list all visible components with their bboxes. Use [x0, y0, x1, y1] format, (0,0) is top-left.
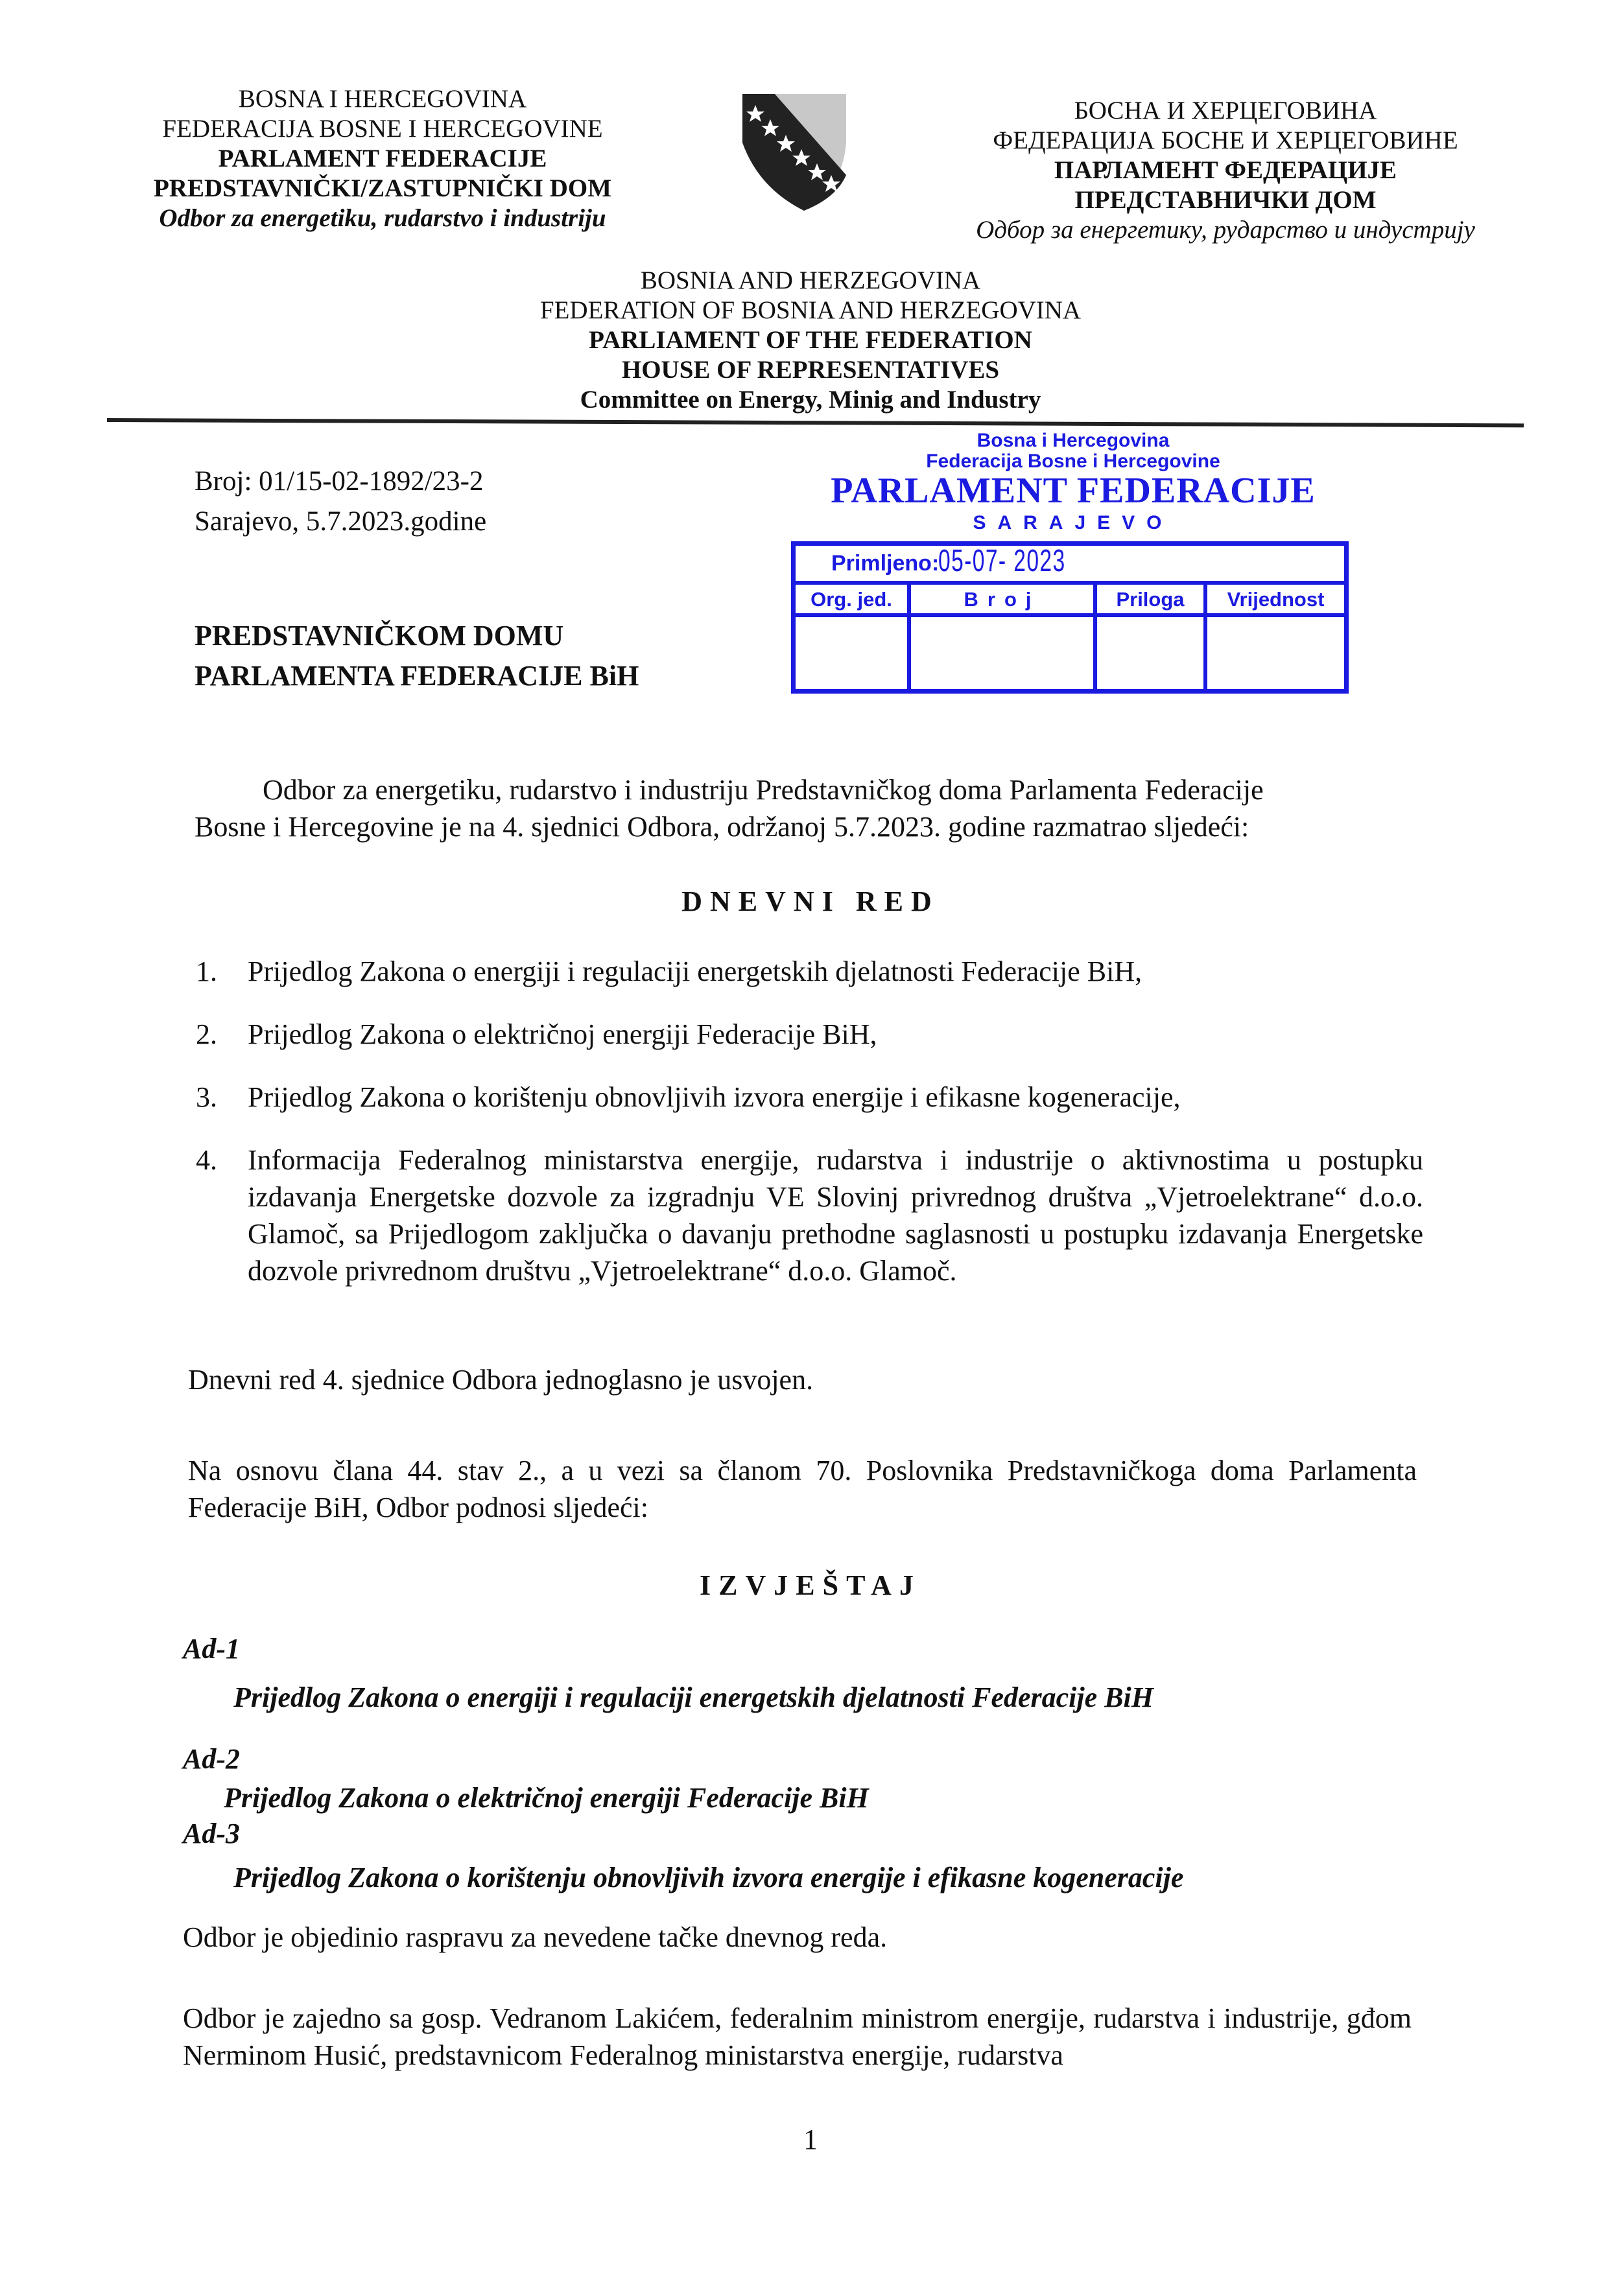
report-item-title: Prijedlog Zakona o električnoj energiji … [224, 1779, 869, 1816]
agenda-list: 1. Prijedlog Zakona o energiji i regulac… [195, 953, 1423, 1315]
report-title: IZVJEŠTAJ [0, 1569, 1621, 1602]
intro-line-1: Odbor za energetiku, rudarstvo i industr… [195, 771, 1426, 808]
merged-discussion-text: Odbor je objedinio raspravu za nevedene … [183, 1919, 887, 1956]
header-committee: Odbor za energetiku, rudarstvo i industr… [117, 204, 648, 233]
stamp-col-org: Org. jed. [796, 585, 911, 690]
stamp-col-attachments: Priloga [1097, 585, 1207, 690]
addressee-line-1: PREDSTAVNIČKOM DOMU [195, 616, 639, 656]
report-item-label: Ad-3 [183, 1815, 240, 1852]
header-parliament: PARLAMENT FEDERACIJE [117, 144, 648, 174]
agenda-adopted-text: Dnevni red 4. sjednice Odbora jednoglasn… [188, 1361, 813, 1398]
header-committee-en: Committee on Energy, Minig and Industry [454, 385, 1167, 415]
header-latin: BOSNA I HERCEGOVINA FEDERACIJA BOSNE I H… [117, 84, 648, 233]
stamp-table: Primljeno: 05-07- 2023 Org. jed. Broj Pr… [791, 541, 1349, 694]
header-country: BOSNA I HERCEGOVINA [117, 84, 648, 114]
agenda-item: 3. Prijedlog Zakona o korištenju obnovlj… [195, 1079, 1423, 1116]
report-item-title: Prijedlog Zakona o korištenju obnovljivi… [233, 1859, 1183, 1896]
agenda-item: 4. Informacija Federalnog ministarstva e… [195, 1142, 1423, 1289]
coat-of-arms-icon [739, 91, 849, 214]
header-entity: FEDERACIJA BOSNE I HERCEGOVINE [117, 114, 648, 144]
header-house: PREDSTAVNIČKI/ZASTUPNIČKI DOM [117, 174, 648, 204]
addressee-line-2: PARLAMENTA FEDERACIJE BiH [195, 656, 639, 696]
stamp-received-date: 05-07- 2023 [938, 543, 1066, 579]
stamp-country: Bosna i Hercegovina [788, 431, 1358, 451]
header-divider [107, 418, 1524, 427]
header-entity-en: FEDERATION OF BOSNIA AND HERZEGOVINA [454, 296, 1167, 325]
header-parliament-en: PARLIAMENT OF THE FEDERATION [454, 325, 1167, 355]
stamp-entity: Federacija Bosne i Hercegovine [788, 452, 1358, 471]
stamp-columns: Org. jed. Broj Priloga Vrijednost [796, 585, 1344, 690]
intro-paragraph: Odbor za energetiku, rudarstvo i industr… [195, 771, 1426, 845]
header-committee-cyr: Одбор за енергетику, рударство и индустр… [934, 215, 1517, 245]
report-item-label: Ad-2 [183, 1740, 240, 1777]
stamp-city: SARAJEVO [788, 512, 1358, 534]
header-cyrillic: БОСНА И ХЕРЦЕГОВИНА ФЕДЕРАЦИЈА БОСНЕ И Х… [934, 96, 1517, 245]
document-place-date: Sarajevo, 5.7.2023.godine [195, 502, 486, 542]
legal-basis-paragraph: Na osnovu člana 44. stav 2., a u vezi sa… [188, 1452, 1417, 1526]
agenda-title: DNEVNI RED [0, 885, 1621, 918]
addressee: PREDSTAVNIČKOM DOMU PARLAMENTA FEDERACIJ… [195, 616, 639, 696]
stamp-received-label: Primljeno: [831, 551, 939, 576]
header-country-en: BOSNIA AND HERZEGOVINA [454, 266, 1167, 296]
header-english: BOSNIA AND HERZEGOVINA FEDERATION OF BOS… [454, 266, 1167, 415]
stamp-col-value: Vrijednost [1207, 585, 1344, 690]
stamp-parliament: PARLAMENT FEDERACIJE [788, 471, 1358, 510]
header-entity-cyr: ФЕДЕРАЦИЈА БОСНЕ И ХЕРЦЕГОВИНЕ [934, 126, 1517, 156]
header-house-en: HOUSE OF REPRESENTATIVES [454, 355, 1167, 385]
report-item-label: Ad-1 [183, 1630, 240, 1667]
page-number: 1 [0, 2123, 1621, 2156]
header-house-cyr: ПРЕДСТАВНИЧКИ ДОМ [934, 185, 1517, 215]
document-meta: Broj: 01/15-02-1892/23-2 Sarajevo, 5.7.2… [195, 462, 486, 542]
stamp-received-row: Primljeno: 05-07- 2023 [796, 546, 1344, 585]
header-country-cyr: БОСНА И ХЕРЦЕГОВИНА [934, 96, 1517, 126]
received-stamp: Bosna i Hercegovina Federacija Bosne i H… [788, 431, 1358, 703]
agenda-item: 2. Prijedlog Zakona o električnoj energi… [195, 1016, 1423, 1053]
header-parliament-cyr: ПАРЛАМЕНТ ФЕДЕРАЦИЈЕ [934, 156, 1517, 185]
intro-line-2: Bosne i Hercegovine je na 4. sjednici Od… [195, 808, 1426, 845]
document-number: Broj: 01/15-02-1892/23-2 [195, 462, 486, 502]
participants-paragraph: Odbor je zajedno sa gosp. Vedranom Lakić… [183, 2000, 1412, 2074]
report-item-title: Prijedlog Zakona o energiji i regulaciji… [233, 1679, 1154, 1716]
agenda-item: 1. Prijedlog Zakona o energiji i regulac… [195, 953, 1423, 990]
stamp-col-number: Broj [911, 585, 1097, 690]
